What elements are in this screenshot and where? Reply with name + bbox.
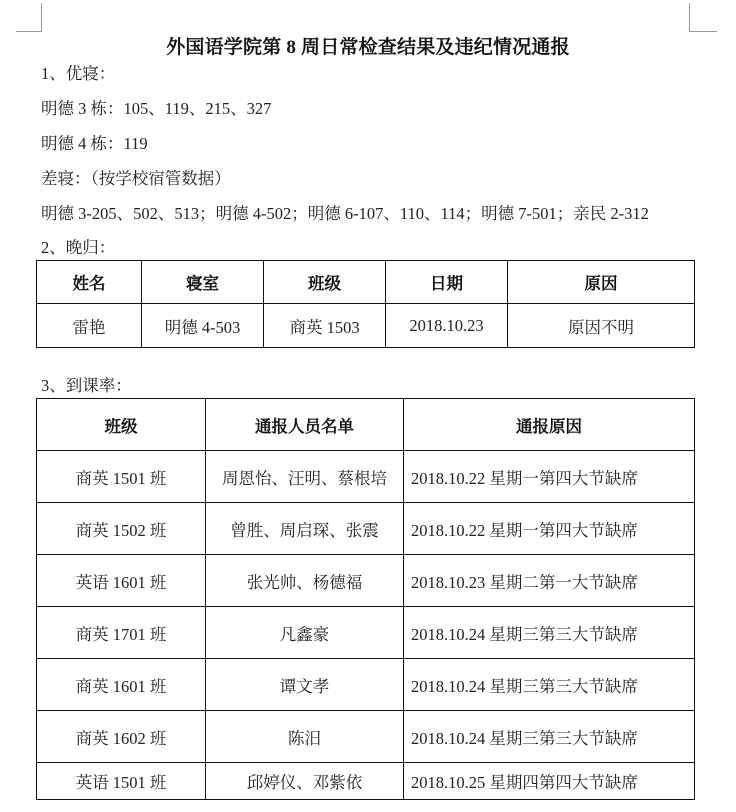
cell-reason: 2018.10.24 星期三第三大节缺席 bbox=[404, 607, 695, 659]
good-rooms-building-3: 明德 3 栋：105、119、215、327 bbox=[41, 95, 271, 119]
cell-reason: 2018.10.23 星期二第一大节缺席 bbox=[404, 555, 695, 607]
late-return-table: 姓名 寝室 班级 日期 原因 雷艳 明德 4-503 商英 1503 2018.… bbox=[36, 260, 695, 348]
table-header-row: 姓名 寝室 班级 日期 原因 bbox=[37, 261, 695, 304]
good-rooms-building-4: 明德 4 栋：119 bbox=[41, 130, 148, 154]
table-row: 商英 1501 班 周恩怡、汪明、蔡根培 2018.10.22 星期一第四大节缺… bbox=[37, 451, 695, 503]
header-date: 日期 bbox=[386, 261, 508, 304]
table-row: 商英 1601 班 谭文孝 2018.10.24 星期三第三大节缺席 bbox=[37, 659, 695, 711]
page-margin-corner-top-right bbox=[689, 3, 717, 32]
document-title: 外国语学院第 8 周日常检查结果及违纪情况通报 bbox=[0, 32, 736, 59]
cell-name: 雷艳 bbox=[37, 304, 142, 348]
header-reported-students: 通报人员名单 bbox=[206, 399, 404, 451]
section1-heading: 1、优寝： bbox=[41, 60, 115, 84]
page-margin-corner-top-left bbox=[16, 3, 42, 32]
cell-reason: 2018.10.25 星期四第四大节缺席 bbox=[404, 763, 695, 800]
bad-rooms-list: 明德 3-205、502、513；明德 4-502；明德 6-107、110、1… bbox=[41, 200, 649, 224]
header-dorm: 寝室 bbox=[142, 261, 264, 304]
header-name: 姓名 bbox=[37, 261, 142, 304]
cell-students: 张光帅、杨德福 bbox=[206, 555, 404, 607]
cell-students: 曾胜、周启琛、张震 bbox=[206, 503, 404, 555]
header-reason: 原因 bbox=[508, 261, 695, 304]
table-row: 商英 1701 班 凡鑫豪 2018.10.24 星期三第三大节缺席 bbox=[37, 607, 695, 659]
cell-students: 凡鑫豪 bbox=[206, 607, 404, 659]
cell-reason: 2018.10.24 星期三第三大节缺席 bbox=[404, 711, 695, 763]
header-class: 班级 bbox=[264, 261, 386, 304]
cell-class: 商英 1601 班 bbox=[37, 659, 206, 711]
bad-rooms-heading: 差寝：（按学校宿管数据） bbox=[41, 165, 231, 189]
header-class: 班级 bbox=[37, 399, 206, 451]
cell-students: 陈汨 bbox=[206, 711, 404, 763]
cell-reason: 2018.10.22 星期一第四大节缺席 bbox=[404, 451, 695, 503]
table-row: 商英 1602 班 陈汨 2018.10.24 星期三第三大节缺席 bbox=[37, 711, 695, 763]
cell-class: 商英 1502 班 bbox=[37, 503, 206, 555]
cell-students: 谭文孝 bbox=[206, 659, 404, 711]
cell-class: 商英 1701 班 bbox=[37, 607, 206, 659]
cell-reason: 2018.10.24 星期三第三大节缺席 bbox=[404, 659, 695, 711]
table-header-row: 班级 通报人员名单 通报原因 bbox=[37, 399, 695, 451]
cell-date: 2018.10.23 bbox=[386, 304, 508, 348]
header-report-reason: 通报原因 bbox=[404, 399, 695, 451]
cell-students: 邱婷仪、邓紫依 bbox=[206, 763, 404, 800]
cell-reason: 2018.10.22 星期一第四大节缺席 bbox=[404, 503, 695, 555]
cell-class: 英语 1501 班 bbox=[37, 763, 206, 800]
section3-heading: 3、到课率： bbox=[41, 372, 132, 396]
cell-students: 周恩怡、汪明、蔡根培 bbox=[206, 451, 404, 503]
cell-dorm: 明德 4-503 bbox=[142, 304, 264, 348]
cell-reason: 原因不明 bbox=[508, 304, 695, 348]
cell-class: 英语 1601 班 bbox=[37, 555, 206, 607]
table-row: 英语 1601 班 张光帅、杨德福 2018.10.23 星期二第一大节缺席 bbox=[37, 555, 695, 607]
table-row: 雷艳 明德 4-503 商英 1503 2018.10.23 原因不明 bbox=[37, 304, 695, 348]
table-row: 英语 1501 班 邱婷仪、邓紫依 2018.10.25 星期四第四大节缺席 bbox=[37, 763, 695, 800]
cell-class: 商英 1503 bbox=[264, 304, 386, 348]
attendance-table: 班级 通报人员名单 通报原因 商英 1501 班 周恩怡、汪明、蔡根培 2018… bbox=[36, 398, 695, 800]
cell-class: 商英 1602 班 bbox=[37, 711, 206, 763]
table-row: 商英 1502 班 曾胜、周启琛、张震 2018.10.22 星期一第四大节缺席 bbox=[37, 503, 695, 555]
cell-class: 商英 1501 班 bbox=[37, 451, 206, 503]
section2-heading: 2、晚归： bbox=[41, 234, 115, 258]
